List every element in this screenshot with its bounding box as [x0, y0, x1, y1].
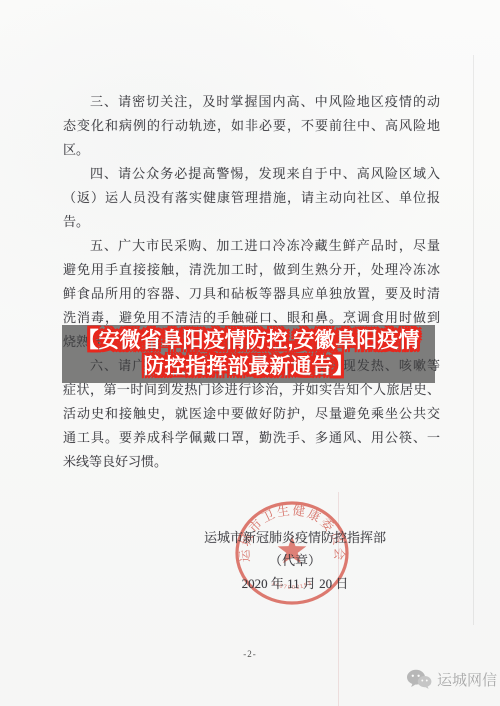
document-text: 三、请密切关注，及时掌握国内高、中风险地区疫情的动态变化和病例的行动轨迹，如非必…	[63, 90, 440, 474]
signature-date: 2020 年 11 月 20 日	[170, 572, 420, 595]
document-line: 米线等良好习惯。	[63, 450, 440, 474]
document-line: 告。	[63, 210, 440, 234]
document-line: 通工具。要养成科学佩戴口罩，勤洗手、多通风、用公筷、一	[63, 426, 440, 450]
document-line: 四、请公众务必提高警惕，发现来自于中、高风险区域入	[63, 162, 440, 186]
scanned-document-page: 三、请密切关注，及时掌握国内高、中风险地区疫情的动态变化和病例的行动轨迹，如非必…	[0, 0, 500, 706]
signature-note: （代章）	[170, 549, 420, 572]
document-line: 避免用手直接接触，清洗加工时，做到生熟分开，处理冷冻冰	[63, 258, 440, 282]
document-line: 鲜食品所用的容器、刀具和砧板等器具应单独放置，要及时清	[63, 282, 440, 306]
document-line: 态变化和病例的行动轨迹，如非必要，不要前往中、高风险地	[63, 114, 440, 138]
paper-edge-line	[473, 55, 474, 625]
document-line: 区。	[63, 138, 440, 162]
watermark-label: 运城网信	[437, 669, 497, 690]
caption-banner: 【安微省阜阳疫情防控,安徽阜阳疫情 防控指挥部最新通告】	[62, 325, 435, 383]
caption-banner-line-2: 防控指挥部最新通告】	[144, 354, 354, 380]
document-line: 三、请密切关注，及时掌握国内高、中风险地区疫情的动	[63, 90, 440, 114]
watermark: 运城网信	[406, 669, 497, 690]
document-line: 五、广大市民采购、加工进口冷冻冷藏生鲜产品时，尽量	[63, 234, 440, 258]
signature-org: 运城市新冠肺炎疫情防控指挥部	[170, 526, 420, 549]
signature-block: 运城市新冠肺炎疫情防控指挥部 （代章） 2020 年 11 月 20 日	[170, 526, 420, 595]
document-line: 活动史和接触史，就医途中要做好防护，尽量避免乘坐公共交	[63, 402, 440, 426]
wechat-icon	[406, 669, 432, 690]
page-number: -2-	[232, 649, 268, 659]
document-line: （返）运人员没有落实健康管理措施，请主动向社区、单位报	[63, 186, 440, 210]
caption-banner-line-1: 【安微省阜阳疫情防控,安徽阜阳疫情	[78, 328, 420, 354]
